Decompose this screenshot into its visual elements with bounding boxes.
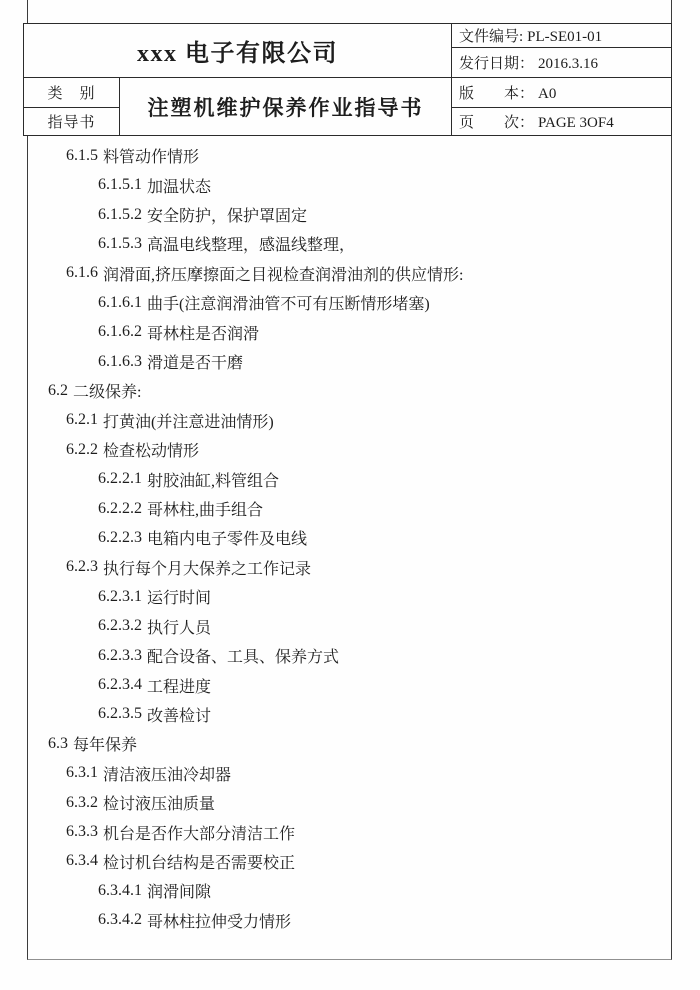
version-label: 版 本： [459,86,534,102]
outline-item: 6.2.3.1 运行时间 [27,582,671,611]
outline-item: 6.3.4.1 润滑间隙 [27,876,671,905]
issue-date-label: 发行日期： [459,56,534,72]
item-text: 检讨液压油质量 [103,791,215,814]
outline-item: 6.2.3.4 工程进度 [27,670,671,699]
outline-item: 6.2.3.2 执行人员 [27,612,671,641]
item-number: 6.3.4.1 [98,882,142,900]
item-text: 料管动作情形 [103,144,199,167]
item-text: 检讨机台结构是否需要校正 [103,850,295,873]
outline-item: 6.3 每年保养 [27,729,671,758]
item-text: 哥林柱是否润滑 [147,321,259,344]
item-number: 6.3.3 [66,823,98,841]
outline-item: 6.1.5.1 加温状态 [27,170,671,199]
item-number: 6.1.5 [66,147,98,165]
document-title: 注塑机维护保养作业指导书 [120,78,452,136]
outline-item: 6.2.2.1 射胶油缸,料管组合 [27,464,671,493]
item-number: 6.2.3.3 [98,647,142,665]
item-number: 6.1.6.1 [98,294,142,312]
item-number: 6.3.4.2 [98,911,142,929]
item-number: 6.2.3 [66,558,98,576]
item-number: 6.1.6.3 [98,353,142,371]
item-text: 改善检讨 [147,703,211,726]
outline-item: 6.1.6.3 滑道是否干磨 [27,347,671,376]
item-number: 6.1.6.2 [98,323,142,341]
outline-item: 6.2.2.2 哥林柱,曲手组合 [27,494,671,523]
doc-number-cell: 文件编号:PL-SE01-01 [452,24,672,48]
doc-number-value: PL-SE01-01 [527,29,602,45]
outline-item: 6.2.2.3 电箱内电子零件及电线 [27,523,671,552]
item-number: 6.2.2.2 [98,500,142,518]
version-cell: 版 本：A0 [452,78,672,108]
item-number: 6.3.2 [66,794,98,812]
category-label: 类 别 [24,78,120,108]
item-text: 机台是否作大部分清洁工作 [103,821,295,844]
item-number: 6.1.6 [66,264,98,282]
version-value: A0 [538,86,556,102]
outline-item: 6.1.5.3 高温电线整理，感温线整理， [27,229,671,258]
outline-item: 6.2.2 检查松动情形 [27,435,671,464]
outline-item: 6.1.6.2 哥林柱是否润滑 [27,317,671,346]
outline-item: 6.2.3 执行每个月大保养之工作记录 [27,553,671,582]
item-number: 6.2.3.4 [98,676,142,694]
item-number: 6.2.2 [66,441,98,459]
item-text: 哥林柱,曲手组合 [147,497,263,520]
item-number: 6.2.2.3 [98,529,142,547]
item-text: 高温电线整理，感温线整理， [147,232,355,255]
item-text: 哥林柱拉伸受力情形 [147,909,291,932]
company-name: xxx 电子有限公司 [24,24,452,78]
item-text: 二级保养: [73,379,141,402]
outline-item: 6.3.4.2 哥林柱拉伸受力情形 [27,906,671,935]
outline-item: 6.1.5.2 安全防护，保护罩固定 [27,200,671,229]
outline-item: 6.3.3 机台是否作大部分清洁工作 [27,817,671,846]
item-text: 打黄油(并注意进油情形) [103,409,274,432]
category-value: 指导书 [24,108,120,136]
page-number-value: PAGE 3OF4 [538,115,614,131]
outline-item: 6.2.1 打黄油(并注意进油情形) [27,406,671,435]
issue-date-value: 2016.3.16 [538,56,598,72]
item-number: 6.2.2.1 [98,470,142,488]
item-number: 6.2.1 [66,411,98,429]
outline-item: 6.3.1 清洁液压油冷却器 [27,759,671,788]
item-text: 执行每个月大保养之工作记录 [103,556,311,579]
item-text: 运行时间 [147,585,211,608]
issue-date-cell: 发行日期：2016.3.16 [452,48,672,78]
item-number: 6.2.3.5 [98,705,142,723]
outline-item: 6.1.6 润滑面,挤压摩擦面之目视检查润滑油剂的供应情形: [27,259,671,288]
item-text: 电箱内电子零件及电线 [147,526,307,549]
outline-item: 6.1.5 料管动作情形 [27,141,671,170]
page-number-label: 页 次： [459,115,534,131]
item-number: 6.1.5.1 [98,176,142,194]
item-text: 执行人员 [147,615,211,638]
page-number-cell: 页 次：PAGE 3OF4 [452,108,672,136]
item-number: 6.2.3.1 [98,588,142,606]
outline-item: 6.2.3.5 改善检讨 [27,700,671,729]
item-number: 6.3.1 [66,764,98,782]
item-number: 6.2.3.2 [98,617,142,635]
item-text: 检查松动情形 [103,438,199,461]
item-text: 每年保养 [73,732,137,755]
item-text: 加温状态 [147,174,211,197]
header-table: xxx 电子有限公司 文件编号:PL-SE01-01 发行日期：2016.3.1… [23,23,672,136]
item-text: 清洁液压油冷却器 [103,762,231,785]
item-number: 6.1.5.3 [98,235,142,253]
item-text: 润滑间隙 [147,879,211,902]
item-number: 6.3 [48,735,68,753]
item-number: 6.2 [48,382,68,400]
item-text: 滑道是否干磨 [147,350,243,373]
item-number: 6.1.5.2 [98,206,142,224]
item-text: 配合设备、工具、保养方式 [147,644,339,667]
outline-item: 6.2 二级保养: [27,376,671,405]
outline-item: 6.3.2 检讨液压油质量 [27,788,671,817]
item-text: 曲手(注意润滑油管不可有压断情形堵塞) [147,291,430,314]
outline-item: 6.3.4 检讨机台结构是否需要校正 [27,847,671,876]
document-page: xxx 电子有限公司 文件编号:PL-SE01-01 发行日期：2016.3.1… [0,0,700,990]
item-text: 安全防护，保护罩固定 [147,203,307,226]
outline-item: 6.2.3.3 配合设备、工具、保养方式 [27,641,671,670]
item-text: 射胶油缸,料管组合 [147,468,279,491]
outline-list: 6.1.5 料管动作情形 6.1.5.1 加温状态 6.1.5.2 安全防护，保… [27,141,671,935]
outline-item: 6.1.6.1 曲手(注意润滑油管不可有压断情形堵塞) [27,288,671,317]
doc-number-label: 文件编号: [459,29,523,45]
item-number: 6.3.4 [66,852,98,870]
item-text: 润滑面,挤压摩擦面之目视检查润滑油剂的供应情形: [103,262,463,285]
item-text: 工程进度 [147,674,211,697]
